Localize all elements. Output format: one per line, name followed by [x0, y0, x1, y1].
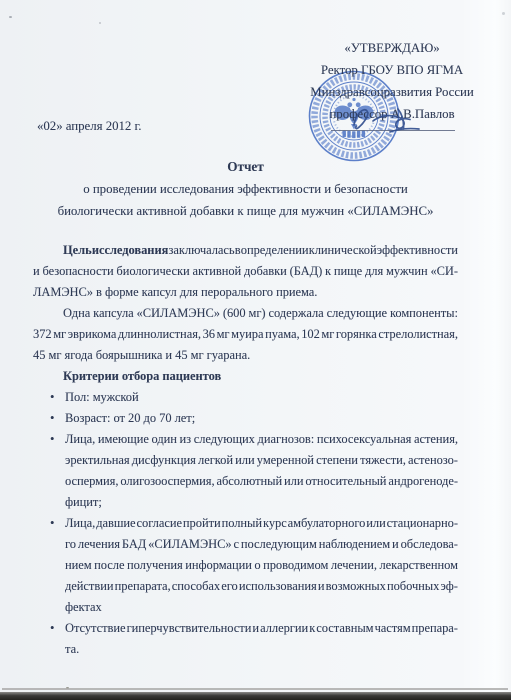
list-item: •Лица,давшиесогласиепройтиполныйкурсамбу…: [33, 513, 458, 618]
text-line: Цельисследованиязаключаласьвопределениик…: [33, 240, 458, 261]
bullet-icon: •: [50, 513, 65, 618]
signature: [346, 101, 426, 139]
criteria-list: •Пол: мужской•Возраст: от 20 до 70 лет;•…: [33, 387, 458, 660]
paragraph-goal: Цельисследованиязаключаласьвопределениик…: [33, 240, 458, 303]
scan-speck: [9, 16, 12, 18]
text-line: 372мгэврикомадлиннолистная,36мгмуирапуам…: [33, 324, 458, 345]
text-line: действиипрепарата,способахегоиспользован…: [65, 576, 458, 597]
list-item-text: Пол: мужской: [65, 387, 458, 408]
bullet-icon: •: [50, 408, 65, 429]
bullet-icon: •: [50, 387, 65, 408]
text-line: ибезопасностибиологическиактивнойдобавки…: [33, 261, 458, 282]
list-item-text: Отсутствиегиперчувствительностииаллергии…: [65, 618, 458, 660]
bullet-icon: •: [50, 618, 65, 660]
approval-line: Минздравсоцразвития России: [292, 81, 492, 103]
title-line: биологически активной добавки к пище для…: [33, 200, 458, 222]
date: «02» апреля 2012 г.: [37, 119, 142, 134]
list-item: •Возраст: от 20 до 70 лет;: [33, 408, 458, 429]
report-title: Отчет о проведении исследования эффектив…: [33, 156, 458, 222]
text-line: Отсутствиегиперчувствительностииаллергии…: [65, 618, 458, 639]
list-item: •Отсутствиегиперчувствительностииаллерги…: [33, 618, 458, 660]
list-item-text: Возраст: от 20 до 70 лет;: [65, 408, 458, 429]
list-item-text: Лица,имеющиеодинизследующихдиагнозов:пси…: [65, 429, 458, 513]
text-line: оспермия,олигозооспермия,абсолютныйилиот…: [65, 471, 458, 492]
scan-speck: [99, 22, 101, 24]
text-line: Лица,имеющиеодинизследующихдиагнозов:пси…: [65, 429, 458, 450]
text-line: Однакапсула«СИЛАМЭНС»(600мг)содержаласле…: [33, 303, 458, 324]
text-line: голеченияБАД«СИЛАМЭНС»споследующимнаблюд…: [65, 534, 458, 555]
document-body: Цельисследованиязаключаласьвопределениик…: [33, 240, 458, 660]
text-line: фицит;: [65, 492, 458, 513]
text-line: эректильнаядисфункциялегкойилиумереннойс…: [65, 450, 458, 471]
bullet-icon: •: [50, 429, 65, 513]
title-heading: Отчет: [33, 156, 458, 178]
paragraph-composition: Однакапсула«СИЛАМЭНС»(600мг)содержаласле…: [33, 303, 458, 366]
text-line: Пол: мужской: [65, 387, 458, 408]
list-item: •Лица,имеющиеодинизследующихдиагнозов:пс…: [33, 429, 458, 513]
text-line: та.: [65, 639, 458, 660]
criteria-heading: Критерии отбора пациентов: [33, 366, 458, 387]
approval-line: «УТВЕРЖДАЮ»: [292, 37, 492, 59]
scan-edge-line: [2, 688, 508, 690]
list-item-text: Лица,давшиесогласиепройтиполныйкурсамбул…: [65, 513, 458, 618]
text-line: ЛАМЭНС» в форме капсул для перорального …: [33, 282, 458, 303]
document-page: «УТВЕРЖДАЮ» Ректор ГБОУ ВПО ЯГМА Минздра…: [0, 0, 511, 700]
list-item: •Пол: мужской: [33, 387, 458, 408]
text-line: Возраст: от 20 до 70 лет;: [65, 408, 458, 429]
text-line: 45 мг ягода боярышника и 45 мг гуарана.: [33, 345, 458, 366]
scan-speck: [502, 12, 505, 15]
scan-edge-band: [0, 692, 511, 700]
text-line: ниемпослеполученияинформацииопроводимомл…: [65, 555, 458, 576]
text-line: Лица,давшиесогласиепройтиполныйкурсамбул…: [65, 513, 458, 534]
title-line: о проведении исследования эффективности …: [33, 178, 458, 200]
text-line: фектах: [65, 597, 458, 618]
approval-line: Ректор ГБОУ ВПО ЯГМА: [292, 59, 492, 81]
